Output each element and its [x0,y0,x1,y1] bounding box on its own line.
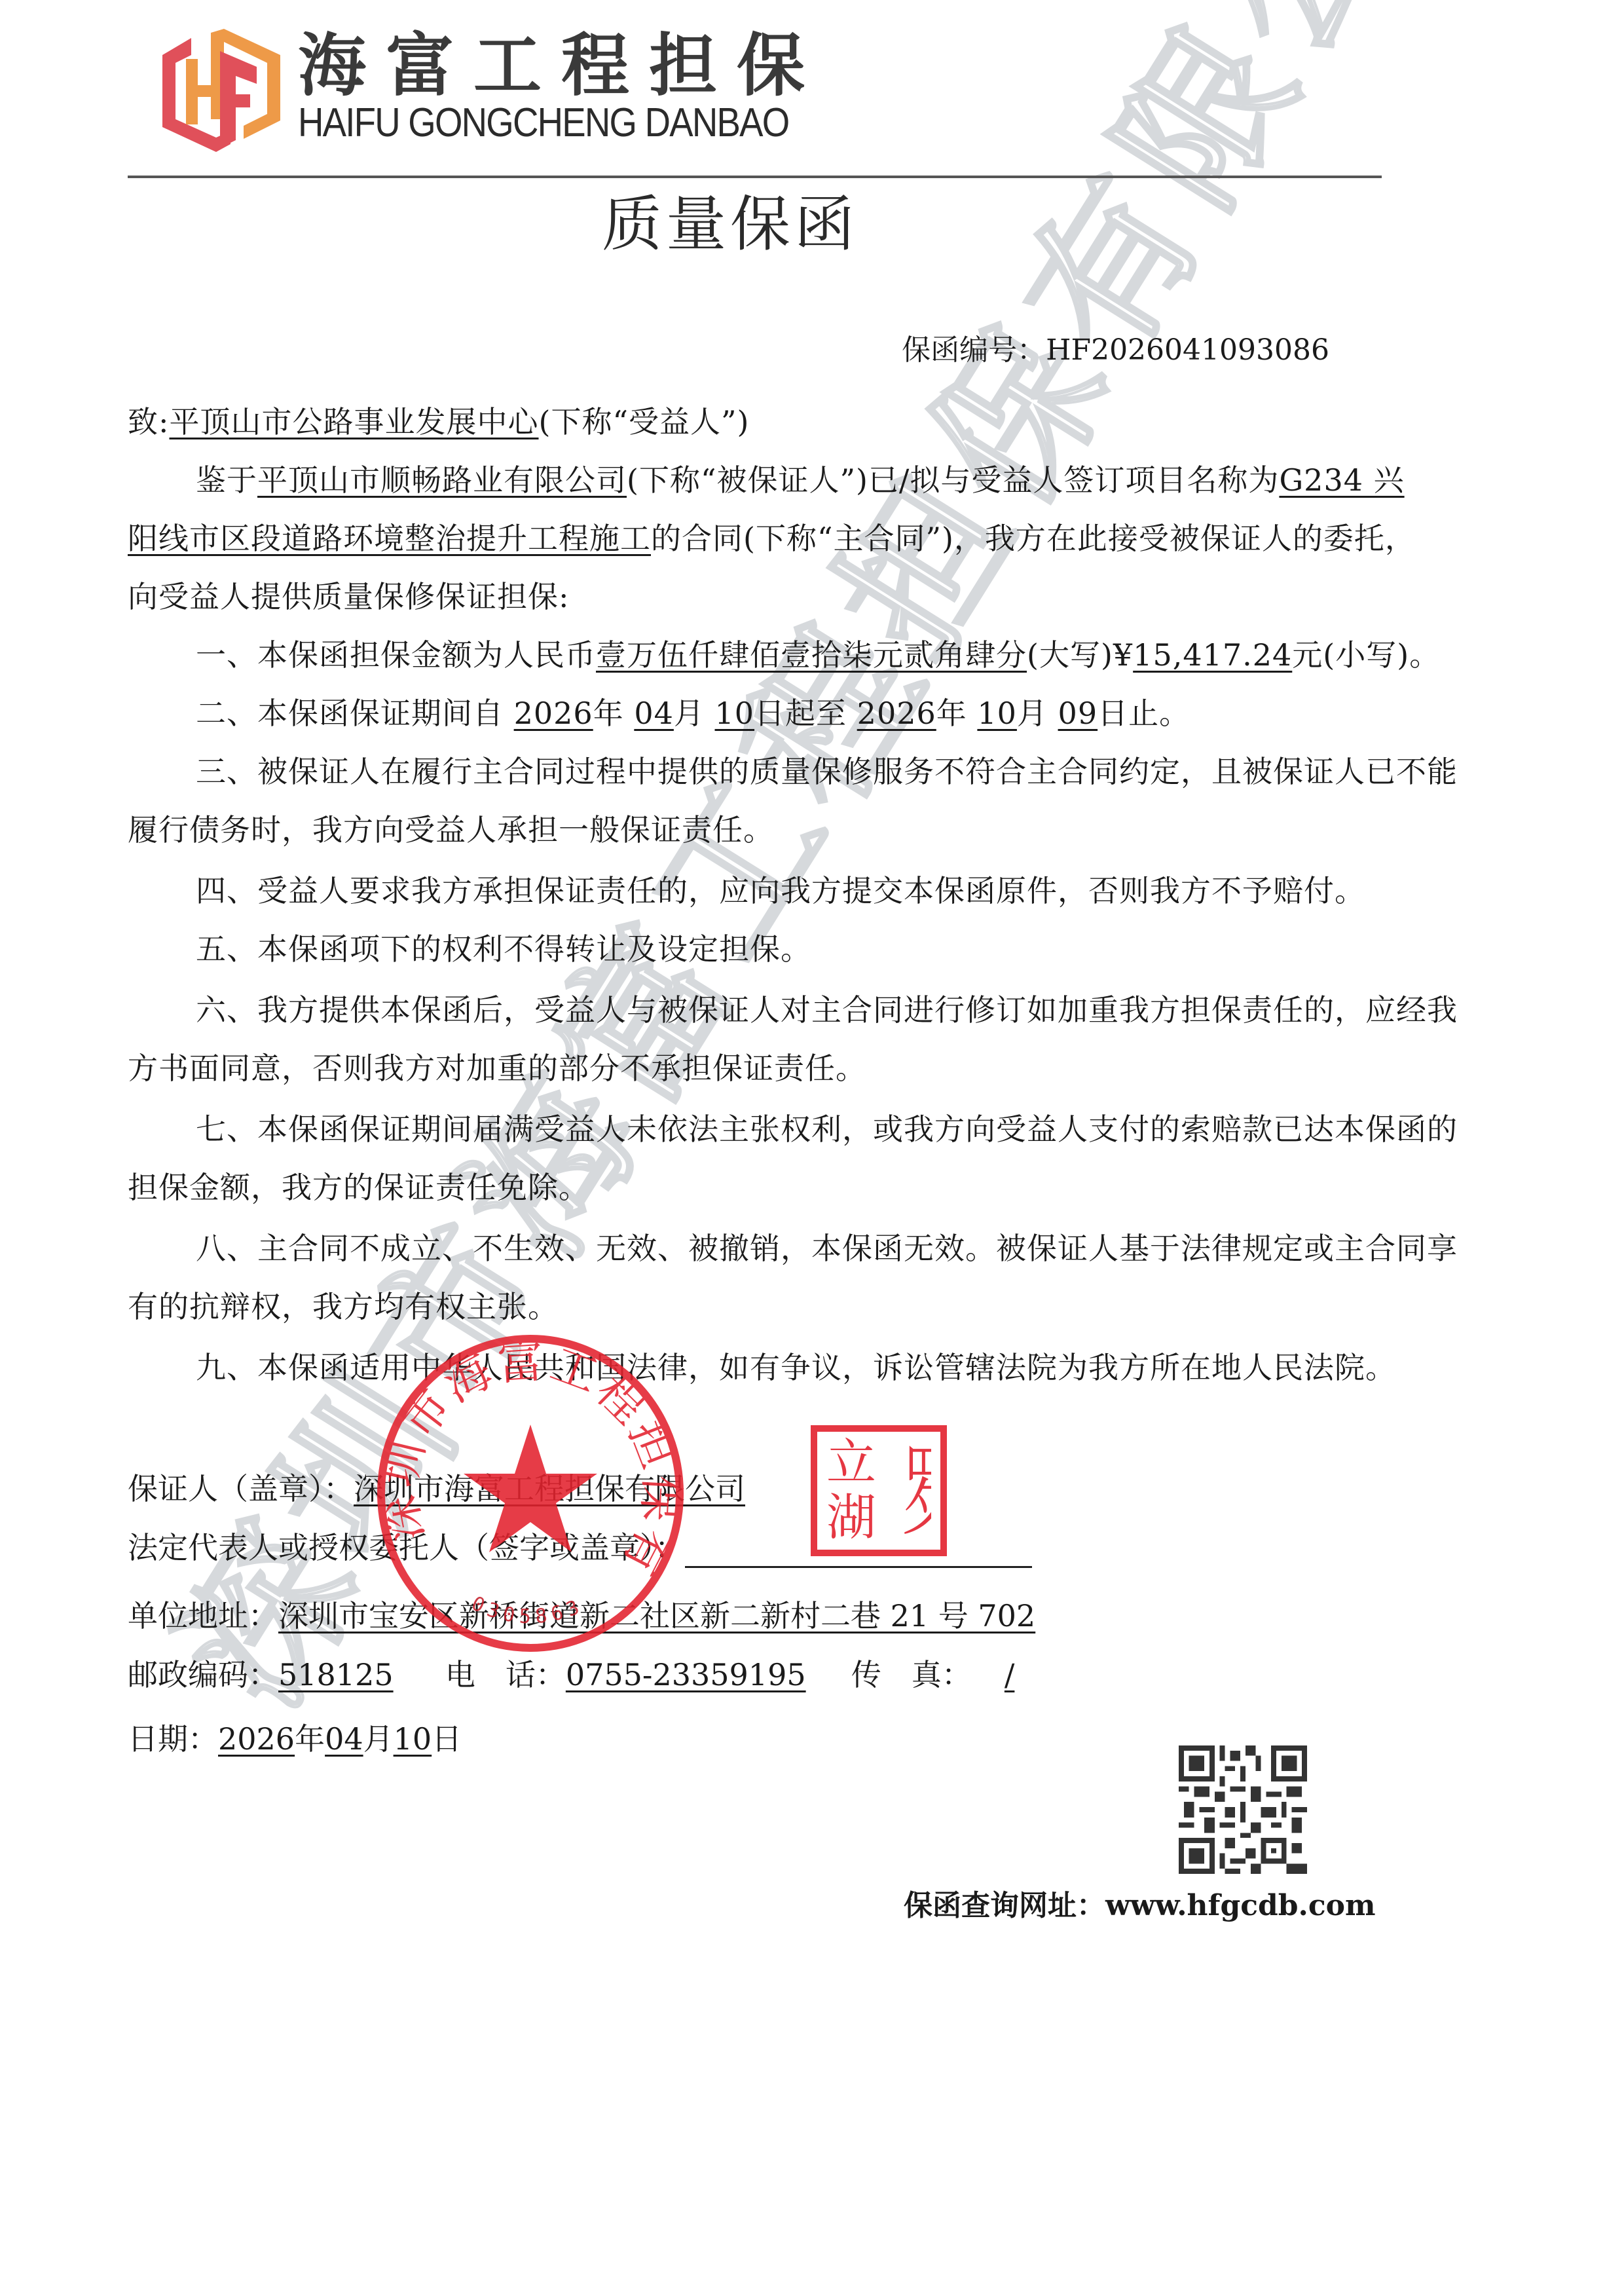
clause-8-line-2: 有的抗辩权，我方均有权主张。 [128,1278,1382,1336]
qr-code-icon[interactable] [1179,1745,1307,1874]
website-label: 保函查询网址： [904,1889,1105,1922]
principal-name: 平顶山市顺畅路业有限公司 [257,462,627,498]
start-day: 10 [715,696,755,731]
clause-text: (大写)¥ [1027,637,1133,673]
verification-website: 保函查询网址：www.hfgcdb.com [904,1886,1376,1926]
clause-text: 月 [1017,696,1048,731]
guarantor-label: 保证人（盖章）： [128,1471,354,1506]
clause-4: 四、受益人要求我方承担保证责任的，应向我方提交本保函原件，否则我方不予赔付。 [128,862,1382,920]
website-link[interactable]: www.hfgcdb.com [1105,1889,1376,1922]
date-text: 日 [432,1721,462,1757]
date-row: 日期：2026年04月10日 [128,1709,1047,1768]
date-text: 年 [295,1721,325,1757]
clause-text: 日止。 [1098,696,1190,731]
project-name-part2: 阳线市区段道路环境整治提升工程施工 [128,521,651,556]
addressee-suffix: (下称“受益人”) [539,404,750,439]
beneficiary-name: 平顶山市公路事业发展中心 [170,404,539,439]
guarantee-number: 保函编号：HF2026041093086 [902,331,1329,370]
seal-char-2: 湖 [826,1491,876,1544]
end-month: 10 [977,696,1017,731]
company-seal-code: 0305863 [468,1592,587,1629]
intro-line-3: 向受益人提供质量保修保证担保: [128,568,1382,626]
end-day: 09 [1058,696,1098,731]
clause-3-line-2: 履行债务时，我方向受益人承担一般保证责任。 [128,801,1382,859]
intro-line-1: 鉴于平顶山市顺畅路业有限公司(下称“被保证人”)已/拟与受益人签订项目名称为G2… [128,451,1382,510]
intro-text: 鉴于 [196,462,257,498]
clause-7-line-1: 七、本保函保证期间届满受益人未依法主张权利，或我方向受益人支付的索赔款已达本保函… [128,1100,1382,1159]
representative-signature-line [685,1566,1032,1568]
seal-char-surname: 罗 [902,1437,931,1548]
clause-text: 日起至 [754,696,847,731]
brand-name-cn: 海富工程担保 [298,26,824,105]
date-year: 2026 [218,1721,295,1757]
clause-6-line-2: 方书面同意，否则我方对加重的部分不承担保证责任。 [128,1039,1382,1098]
clause-6-line-1: 六、我方提供本保函后，受益人与被保证人对主合同进行修订如加重我方担保责任的，应经… [128,981,1382,1039]
address-label: 单位地址： [128,1598,278,1633]
start-month: 04 [634,696,674,731]
clause-8-line-1: 八、主合同不成立、不生效、无效、被撤销，本保函无效。被保证人基于法律规定或主合同… [128,1220,1382,1278]
clause-text: 二、本保函保证期间自 [196,696,504,731]
clause-text: 年 [936,696,967,731]
postcode-value: 518125 [278,1657,394,1692]
date-text: 月 [363,1721,394,1757]
clause-9: 九、本保函适用中华人民共和国法律，如有争议，诉讼管辖法院为我方所在地人民法院。 [128,1339,1382,1397]
clause-3-line-1: 三、被保证人在履行主合同过程中提供的质量保修服务不符合主合同约定，且被保证人已不… [128,743,1382,801]
phone-label: 电 话： [445,1657,566,1692]
date-day: 10 [394,1721,432,1757]
end-year: 2026 [857,696,936,731]
document-title: 质量保函 [0,189,1460,261]
personal-seal-icon: 罗 立 湖 [811,1425,947,1556]
clause-text: 一、本保函担保金额为人民币 [196,637,596,673]
intro-text: (下称“被保证人”)已/拟与受益人签订项目名称为 [627,462,1279,498]
amount-in-figures: 15,417.24 [1133,637,1292,673]
clause-text: 年 [593,696,624,731]
clause-7-line-2: 担保金额，我方的保证责任免除。 [128,1159,1382,1217]
date-label: 日期： [128,1721,218,1757]
svg-text:0305863: 0305863 [468,1592,587,1629]
amount-in-words: 壹万伍仟肆佰壹拾柒元贰角肆分 [596,637,1027,673]
addressee-line: 致:平顶山市公路事业发展中心(下称“受益人”) [128,393,1382,451]
fax-label: 传 真： [851,1657,972,1692]
project-name-part1: G234 兴 [1279,462,1404,498]
guarantee-number-value: HF2026041093086 [1046,333,1329,367]
hf-hexagon-logo-icon [152,29,293,153]
seal-char-1: 立 [826,1436,876,1489]
header-divider [128,176,1382,178]
date-month: 04 [325,1721,363,1757]
clause-1: 一、本保函担保金额为人民币壹万伍仟肆佰壹拾柒元贰角肆分(大写)¥15,417.2… [128,626,1382,684]
postcode-label: 邮政编码： [128,1657,278,1692]
start-year: 2026 [514,696,593,731]
addressee-prefix: 致: [128,404,170,439]
phone-value: 0755-23359195 [566,1657,806,1692]
intro-text: 的合同(下称“主合同”)，我方在此接受被保证人的委托， [651,521,1416,556]
intro-line-2: 阳线市区段道路环境整治提升工程施工的合同(下称“主合同”)，我方在此接受被保证人… [128,510,1382,568]
company-seal-icon: 深圳市海富工程担保有限公司 0305863 [367,1330,694,1657]
clause-2: 二、本保函保证期间自 2026年 04月 10日起至 2026年 10月 09日… [128,684,1382,743]
fax-value: / [972,1657,1048,1692]
clause-text: 月 [674,696,705,731]
clause-5: 五、本保函项下的权利不得转让及设定担保。 [128,920,1382,979]
guarantee-number-label: 保函编号： [902,333,1046,367]
clause-text: 元(小写)。 [1292,637,1440,673]
guarantee-body: 致:平顶山市公路事业发展中心(下称“受益人”) 鉴于平顶山市顺畅路业有限公司(下… [128,393,1382,1397]
brand-name-en: HAIFU GONGCHENG DANBAO [298,98,788,148]
